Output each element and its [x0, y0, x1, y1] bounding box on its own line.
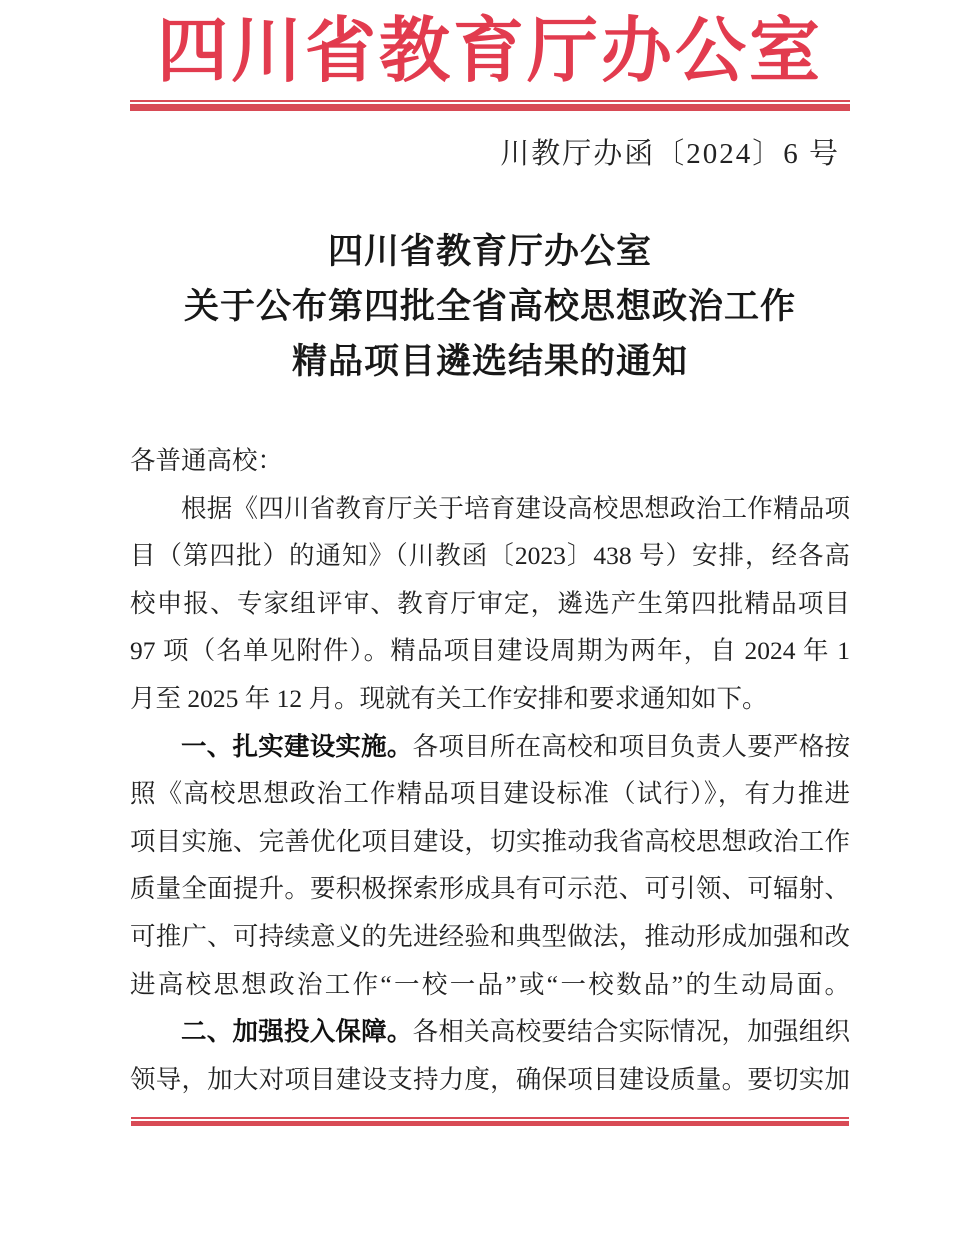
- body-paragraphs: 根据《四川省教育厅关于培育建设高校思想政治工作精品项目（第四批）的通知》（川教函…: [130, 485, 850, 1104]
- title-line: 关于公布第四批全省高校思想政治工作: [130, 279, 850, 334]
- divider-thick-line: [131, 1121, 849, 1126]
- body-line: 可推广、可持续意义的先进经验和典型做法，推动形成加强和改: [130, 913, 850, 961]
- body-line: 目（第四批）的通知》（川教函〔2023〕438 号）安排，经各高: [130, 532, 850, 580]
- document-reference-number: 川教厅办函〔2024〕6 号: [130, 134, 840, 174]
- official-document-page: 四川省教育厅办公室 川教厅办函〔2024〕6 号 四川省教育厅办公室关于公布第四…: [0, 0, 960, 1236]
- title-line: 四川省教育厅办公室: [130, 224, 850, 279]
- title-line: 精品项目遴选结果的通知: [130, 334, 850, 389]
- section-heading: 二、加强投入保障。: [181, 1018, 413, 1046]
- body-line: 一、扎实建设实施。各项目所在高校和项目负责人要严格按: [130, 723, 850, 771]
- body-line: 项目实施、完善优化项目建设，切实推动我省高校思想政治工作: [130, 818, 850, 866]
- letterhead-divider: [130, 100, 850, 111]
- letterhead-agency-title: 四川省教育厅办公室: [120, 6, 860, 98]
- body-line: 校申报、专家组评审、教育厅审定，遴选产生第四批精品项目: [130, 580, 850, 628]
- footer-divider: [131, 1117, 849, 1126]
- body-line: 照《高校思想政治工作精品项目建设标准（试行）》，有力推进: [130, 770, 850, 818]
- document-title: 四川省教育厅办公室关于公布第四批全省高校思想政治工作精品项目遴选结果的通知: [130, 224, 850, 389]
- body-line: 领导，加大对项目建设支持力度，确保项目建设质量。要切实加: [130, 1056, 850, 1104]
- divider-thick-line: [130, 104, 850, 111]
- body-line: 二、加强投入保障。各相关高校要结合实际情况，加强组织: [130, 1008, 850, 1056]
- salutation-line: 各普通高校：: [130, 437, 850, 485]
- document-body: 各普通高校： 根据《四川省教育厅关于培育建设高校思想政治工作精品项目（第四批）的…: [130, 437, 850, 1103]
- body-line: 97 项（名单见附件）。精品项目建设周期为两年，自 2024 年 1: [130, 627, 850, 675]
- body-line: 质量全面提升。要积极探索形成具有可示范、可引领、可辐射、: [130, 865, 850, 913]
- body-line: 根据《四川省教育厅关于培育建设高校思想政治工作精品项: [130, 485, 850, 533]
- section-heading: 一、扎实建设实施。: [181, 733, 413, 761]
- body-line: 进高校思想政治工作“一校一品”或“一校数品”的生动局面。: [130, 961, 850, 1009]
- body-line: 月至 2025 年 12 月。现就有关工作安排和要求通知如下。: [130, 675, 850, 723]
